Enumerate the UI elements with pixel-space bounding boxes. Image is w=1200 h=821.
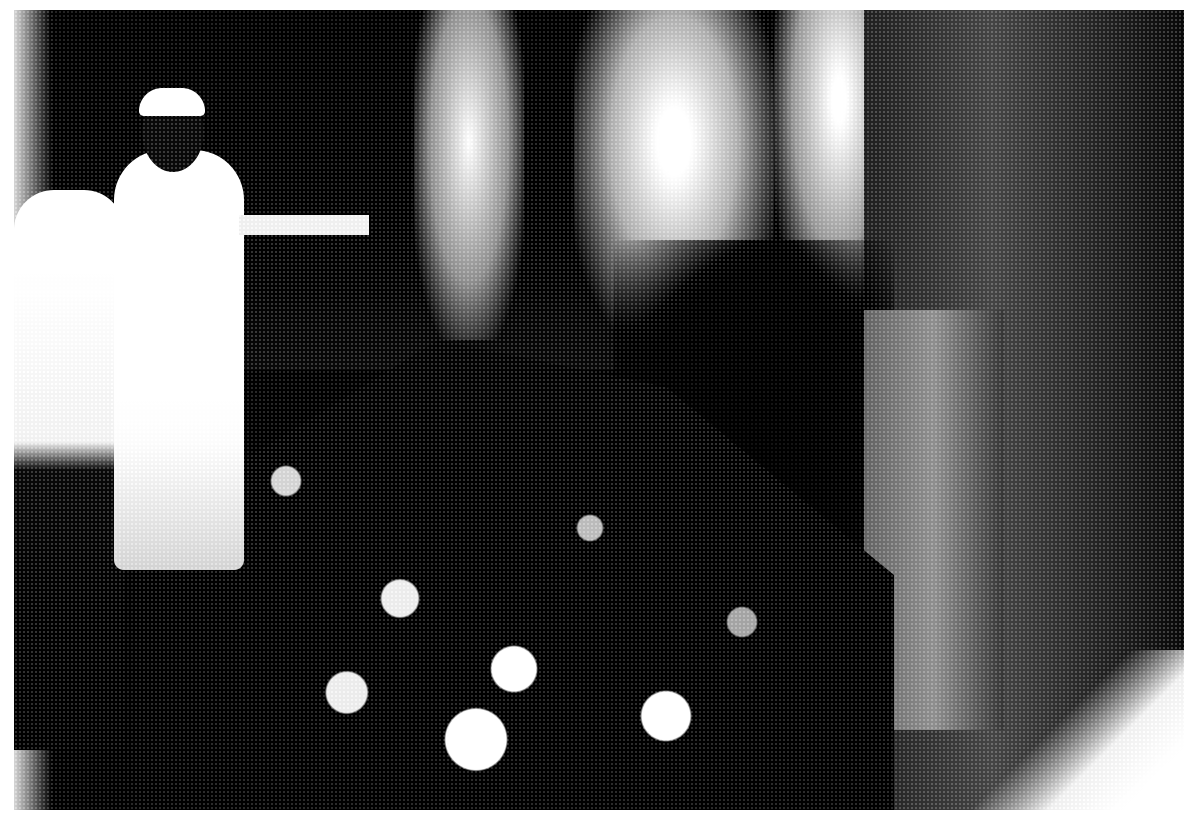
halftone-texture	[14, 10, 1184, 810]
photograph	[14, 10, 1184, 810]
